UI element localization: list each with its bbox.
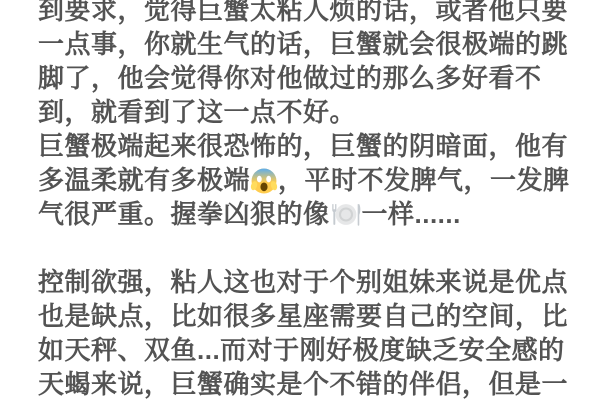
- text-segment: 气很严重。握拳凶狠的像: [38, 199, 330, 229]
- text-line: 脚了，他会觉得你对他做过的那么多好看不: [38, 61, 576, 95]
- text-line: 也是缺点，比如很多星座需要自己的空间，比: [38, 299, 576, 333]
- text-line: 到，就看到了这一点不好。: [38, 95, 576, 129]
- text-segment: ，平时不发脾气，一发脾: [278, 165, 570, 195]
- text-line: 天蝎来说，巨蟹确实是个不错的伴侣，但是一: [38, 367, 576, 400]
- text-line: 多温柔就有多极端 ，平时不发脾气，一发脾: [38, 163, 576, 197]
- text-line: 巨蟹极端起来很恐怖的，巨蟹的阴暗面，他有: [38, 129, 576, 163]
- scream-emoji: [250, 167, 278, 195]
- paragraph-spacer: [38, 231, 576, 265]
- paragraph-2: 巨蟹极端起来很恐怖的，巨蟹的阴暗面，他有 多温柔就有多极端 ，平时不发脾气，一发…: [38, 129, 576, 231]
- paragraph-1: 到要求，觉得巨蟹太粘人烦的话，或者他只要 一点事，你就生气的话，巨蟹就会很极端的…: [38, 0, 576, 129]
- text-line: 气很严重。握拳凶狠的像 一样......: [38, 197, 576, 231]
- text-segment: 一样......: [362, 199, 461, 229]
- text-line: 如天秤、双鱼...而对于刚好极度缺乏安全感的: [38, 333, 576, 367]
- text-line: 一点事，你就生气的话，巨蟹就会很极端的跳: [38, 27, 576, 61]
- paragraph-3: 控制欲强，粘人这也对于个别姐妹来说是优点 也是缺点，比如很多星座需要自己的空间，…: [38, 265, 576, 400]
- fork-knife-plate-emoji: [330, 200, 362, 229]
- text-segment: 多温柔就有多极端: [38, 165, 250, 195]
- text-line: 到要求，觉得巨蟹太粘人烦的话，或者他只要: [38, 0, 576, 27]
- text-line: 控制欲强，粘人这也对于个别姐妹来说是优点: [38, 265, 576, 299]
- article-text: 到要求，觉得巨蟹太粘人烦的话，或者他只要 一点事，你就生气的话，巨蟹就会很极端的…: [0, 0, 600, 400]
